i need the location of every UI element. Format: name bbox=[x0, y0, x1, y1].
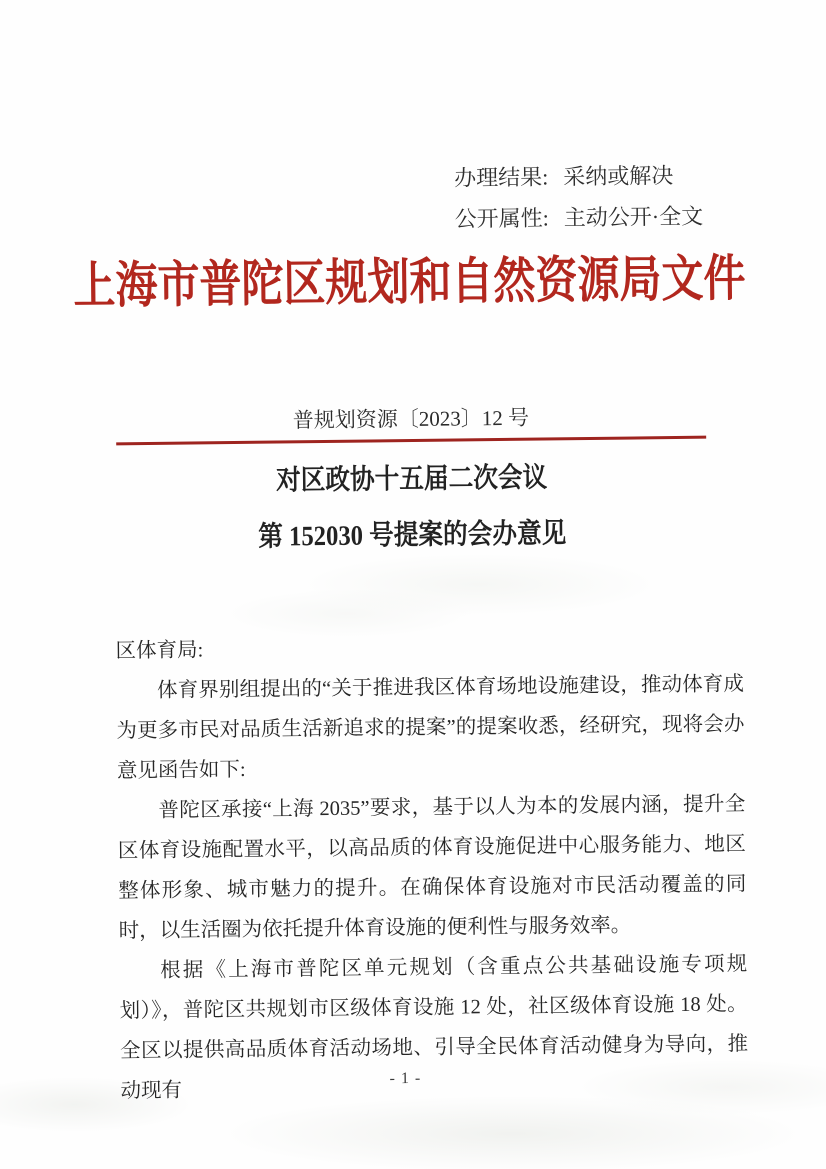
document-title: 对区政协十五届二次会议 第 152030 号提案的会办意见 bbox=[0, 447, 826, 568]
paragraph-2: 普陀区承接“上海 2035”要求，基于以人为本的发展内涵，提升全区体育设施配置水… bbox=[117, 784, 747, 951]
publicity-row: 公开属性:主动公开·全文 bbox=[454, 196, 703, 240]
paragraph-1: 体育界别组提出的“关于推进我区体育场地设施建设，推动体育成为更多市民对品质生活新… bbox=[116, 664, 745, 791]
agency-letterhead-title: 上海市普陀区规划和自然资源局文件 bbox=[0, 251, 823, 312]
salutation: 区体育局: bbox=[115, 624, 743, 671]
document-number: 普规划资源〔2023〕12 号 bbox=[0, 399, 824, 438]
processing-result-label: 办理结果: bbox=[454, 164, 548, 190]
publicity-value: 主动公开·全文 bbox=[564, 204, 704, 231]
publicity-label: 公开属性: bbox=[455, 205, 549, 231]
red-divider-rule bbox=[116, 436, 706, 446]
document-page: 办理结果:采纳或解决 公开属性:主动公开·全文 上海市普陀区规划和自然资源局文件… bbox=[0, 0, 826, 1169]
document-title-line2: 第 152030 号提案的会办意见 bbox=[0, 503, 826, 568]
agency-letterhead-text: 上海市普陀区规划和自然资源局文件 bbox=[73, 252, 746, 312]
processing-result-row: 办理结果:采纳或解决 bbox=[454, 155, 703, 199]
document-title-line1: 对区政协十五届二次会议 bbox=[0, 447, 825, 512]
document-body: 区体育局: 体育界别组提出的“关于推进我区体育场地设施建设，推动体育成为更多市民… bbox=[115, 624, 748, 1111]
scanned-document-content: 办理结果:采纳或解决 公开属性:主动公开·全文 上海市普陀区规划和自然资源局文件… bbox=[0, 0, 826, 1169]
processing-result-value: 采纳或解决 bbox=[563, 163, 673, 189]
meta-block: 办理结果:采纳或解决 公开属性:主动公开·全文 bbox=[454, 155, 703, 240]
